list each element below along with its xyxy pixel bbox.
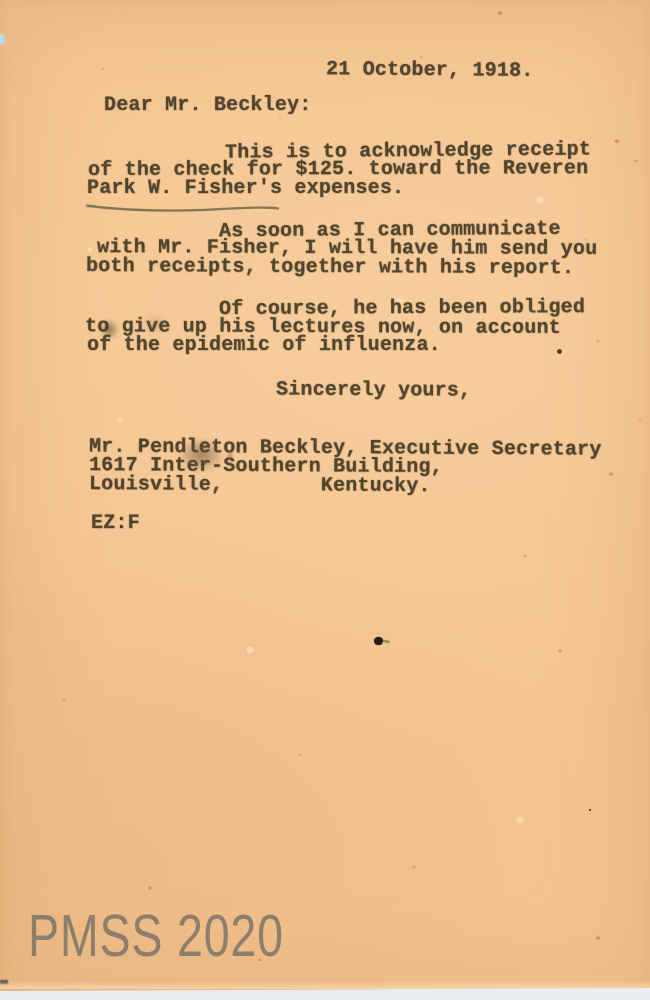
ink-dot bbox=[374, 637, 383, 645]
ink-dot-tail bbox=[383, 639, 391, 644]
typist-initials: EZ:F bbox=[91, 514, 140, 534]
watermark: PMSS 2020 bbox=[28, 902, 284, 970]
letter-body-line: Park W. Fisher's expenses. bbox=[87, 179, 404, 199]
letter-date: 21 October, 1918. bbox=[326, 60, 534, 82]
ink-smudge-fleck bbox=[226, 452, 234, 459]
faint-smudge bbox=[136, 310, 174, 338]
letter-signature-line: Louisville, Kentucky. bbox=[89, 475, 431, 497]
stray-period bbox=[557, 349, 562, 354]
letter-body-line: both receipts, together with his report. bbox=[86, 257, 574, 279]
paper-bottom-edge bbox=[0, 980, 650, 989]
scanned-letter: 21 October, 1918. Dear Mr. Beckley: This… bbox=[0, 0, 650, 1000]
letter-paper: 21 October, 1918. Dear Mr. Beckley: This… bbox=[0, 0, 650, 1000]
paper-speck bbox=[0, 34, 5, 45]
pencil-underline bbox=[84, 201, 282, 213]
letter-closing: Sincerely yours, bbox=[276, 380, 471, 401]
ink-smudge bbox=[178, 438, 224, 472]
letter-salutation: Dear Mr. Beckley: bbox=[104, 96, 311, 116]
letter-body-line: of the epidemic of influenza. bbox=[87, 336, 441, 356]
overstrike-smudge bbox=[100, 319, 119, 340]
